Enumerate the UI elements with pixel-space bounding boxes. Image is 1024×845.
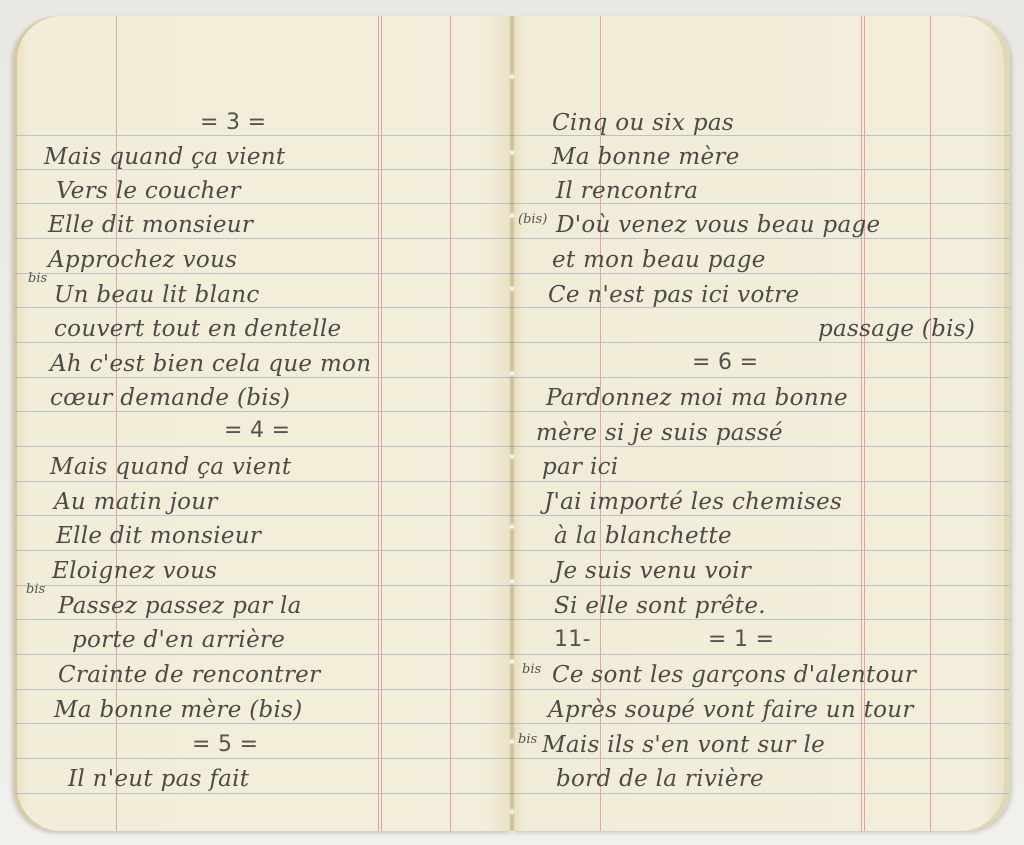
staple-hole-icon: ✶ xyxy=(506,521,518,533)
rule-line xyxy=(14,481,512,482)
rule-line xyxy=(14,619,512,620)
text-line: porte d'en arrière xyxy=(72,627,285,653)
rule-line xyxy=(512,273,1010,274)
text-line: Mais quand ça vient xyxy=(44,144,285,170)
verse-number: = 4 = xyxy=(224,418,290,443)
rule-line xyxy=(14,411,512,412)
rule-line xyxy=(14,342,512,343)
margin-note-bis: bis xyxy=(522,662,541,677)
text-line: passage (bis) xyxy=(818,316,975,342)
column-line xyxy=(930,16,931,831)
text-line: Pardonnez moi ma bonne xyxy=(546,385,848,411)
rule-line xyxy=(512,515,1010,516)
rule-line xyxy=(14,758,512,759)
text-line: Crainte de rencontrer xyxy=(58,662,320,688)
notebook-spread: = 3 = Mais quand ça vient Vers le couche… xyxy=(14,16,1010,831)
staple-hole-icon: ✶ xyxy=(506,656,518,668)
verse-number: = 5 = xyxy=(192,732,258,757)
text-line: Elle dit monsieur xyxy=(48,212,253,238)
rule-line xyxy=(512,654,1010,655)
rule-line xyxy=(512,689,1010,690)
rule-line xyxy=(14,377,512,378)
margin-note-bis: (bis) xyxy=(518,212,547,227)
staple-hole-icon: ✶ xyxy=(506,451,518,463)
rule-line xyxy=(14,654,512,655)
column-line xyxy=(450,16,451,831)
rule-line xyxy=(512,585,1010,586)
staple-hole-icon: ✶ xyxy=(506,368,518,380)
text-line: Vers le coucher xyxy=(56,178,241,204)
text-line: et mon beau page xyxy=(552,247,766,273)
text-line: Si elle sont prête. xyxy=(554,593,766,619)
staple-hole-icon: ✶ xyxy=(506,736,518,748)
rule-line xyxy=(512,723,1010,724)
rule-line xyxy=(14,238,512,239)
text-line: Passez passez par la xyxy=(58,593,302,619)
binding-spine xyxy=(509,16,515,831)
verse-number: = 6 = xyxy=(692,350,758,375)
rule-line xyxy=(14,723,512,724)
text-line: bord de la rivière xyxy=(556,766,764,792)
rule-line xyxy=(14,689,512,690)
text-line: Il n'eut pas fait xyxy=(68,766,249,792)
text-line: J'ai importé les chemises xyxy=(544,489,842,515)
rule-line xyxy=(512,793,1010,794)
rule-line xyxy=(14,135,512,136)
rule-line xyxy=(14,446,512,447)
staple-hole-icon: ✶ xyxy=(506,283,518,295)
rule-line xyxy=(14,793,512,794)
margin-note-bis: bis xyxy=(28,271,47,286)
column-line xyxy=(378,16,379,831)
text-line: couvert tout en dentelle xyxy=(54,316,341,342)
verse-number: = 1 = xyxy=(708,627,774,652)
rule-line xyxy=(512,619,1010,620)
text-line: Après soupé vont faire un tour xyxy=(548,697,914,723)
staple-hole-icon: ✶ xyxy=(506,576,518,588)
staple-hole-icon: ✶ xyxy=(506,806,518,818)
margin-note-bis: bis xyxy=(26,582,45,597)
text-line: Mais ils s'en vont sur le xyxy=(542,732,825,758)
text-line: mère si je suis passé xyxy=(536,420,783,446)
text-line: Ce n'est pas ici votre xyxy=(548,282,799,308)
text-line: Cinq ou six pas xyxy=(552,110,734,136)
text-line: Elle dit monsieur xyxy=(56,523,261,549)
text-line: Au matin jour xyxy=(54,489,218,515)
rule-line xyxy=(512,411,1010,412)
text-line: Il rencontra xyxy=(556,178,698,204)
rule-line xyxy=(14,585,512,586)
staple-hole-icon: ✶ xyxy=(506,147,518,159)
rule-line xyxy=(14,550,512,551)
text-line: Eloignez vous xyxy=(52,558,217,584)
rule-line xyxy=(14,515,512,516)
verse-number: = 3 = xyxy=(200,110,266,135)
text-line: Ce sont les garçons d'alentour xyxy=(552,662,916,688)
rule-line xyxy=(512,758,1010,759)
rule-line xyxy=(512,550,1010,551)
text-line: Un beau lit blanc xyxy=(54,282,260,308)
margin-note-bis: bis xyxy=(518,732,537,747)
text-line: cœur demande (bis) xyxy=(50,385,290,411)
text-line: Approchez vous xyxy=(48,247,237,273)
text-line: Ma bonne mère (bis) xyxy=(54,697,303,723)
rule-line xyxy=(512,342,1010,343)
rule-line xyxy=(512,446,1010,447)
text-line: Ma bonne mère xyxy=(552,144,740,170)
rule-line xyxy=(512,377,1010,378)
rule-line xyxy=(14,273,512,274)
text-line: à la blanchette xyxy=(554,523,732,549)
left-page: = 3 = Mais quand ça vient Vers le couche… xyxy=(14,16,512,831)
staple-hole-icon: ✶ xyxy=(506,71,518,83)
text-line: Mais quand ça vient xyxy=(50,454,291,480)
text-line: Ah c'est bien cela que mon xyxy=(50,351,371,377)
staple-hole-icon: ✶ xyxy=(506,210,518,222)
rule-line xyxy=(512,238,1010,239)
text-line: D'où venez vous beau page xyxy=(556,212,880,238)
verse-prefix: 11- xyxy=(554,627,591,652)
rule-line xyxy=(512,481,1010,482)
text-line: Je suis venu voir xyxy=(554,558,751,584)
column-line xyxy=(381,16,382,831)
right-page: Cinq ou six pas Ma bonne mère Il rencont… xyxy=(512,16,1010,831)
text-line: par ici xyxy=(542,454,618,480)
